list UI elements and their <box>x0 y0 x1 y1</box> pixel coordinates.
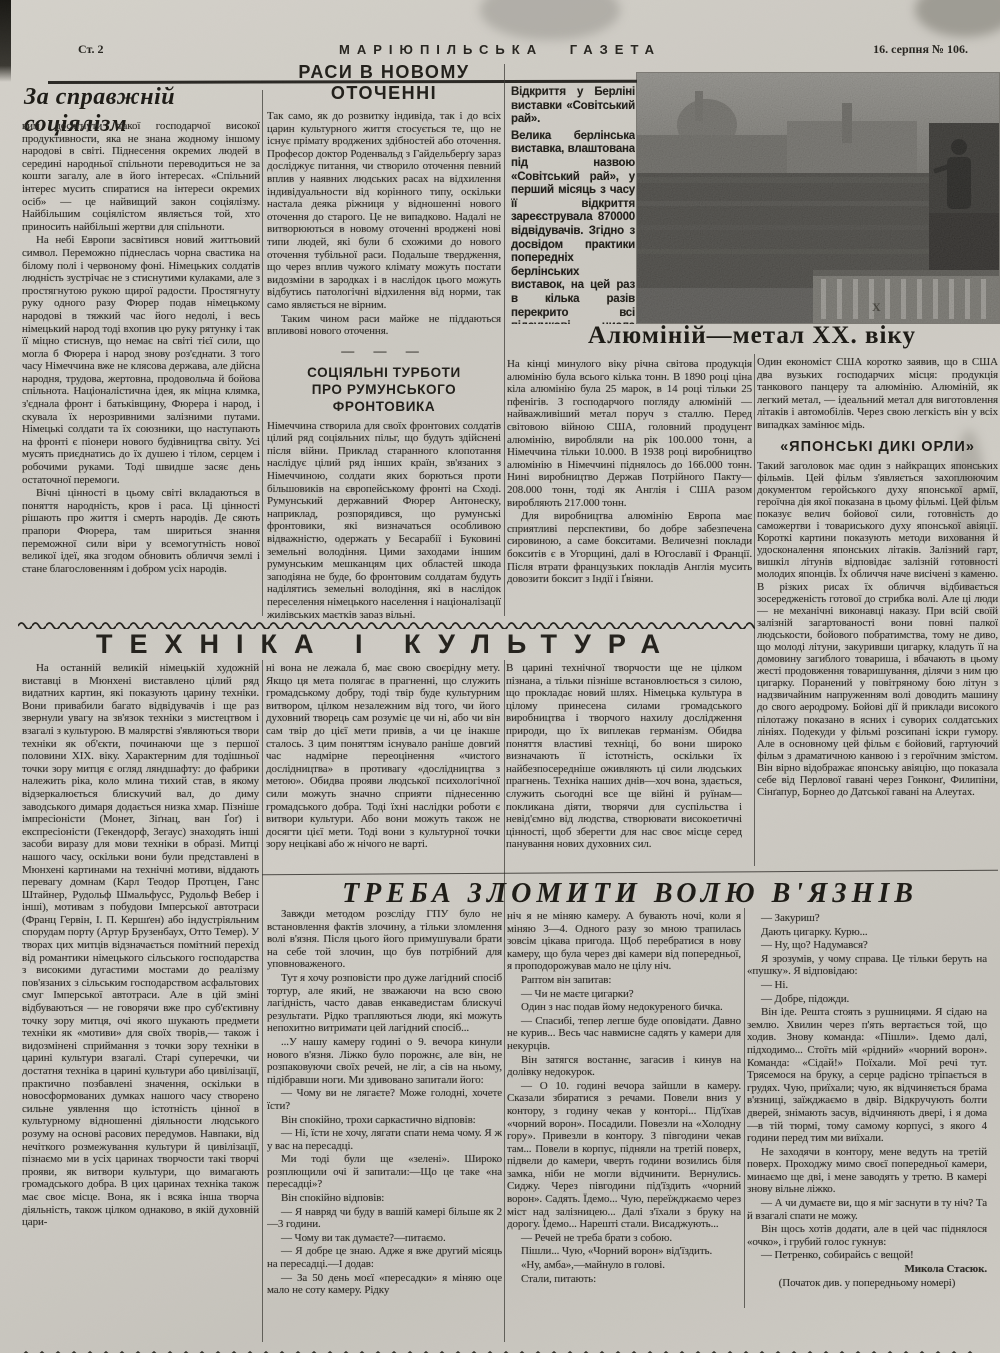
paragraph: Не заходячи в контору, мене ведуть на тр… <box>747 1146 987 1196</box>
masthead-title: МАРІЮПІЛЬСЬКА ГАЗЕТА <box>0 42 1000 57</box>
paragraph: Він спокійно, трохи саркастично відповів… <box>267 1114 502 1127</box>
paragraph: На кінці минулого віку річна світова про… <box>507 358 752 509</box>
social-care-title-line1: СОЦІЯЛЬНІ ТУРБОТИ <box>307 365 461 380</box>
aluminium-col1: На кінці минулого віку річна світова про… <box>507 358 752 616</box>
article-body-social-care: Німеччина створила для своїх фронтових с… <box>267 420 501 618</box>
article-footnote: (Початок див. у попередньому номері) <box>747 1277 987 1290</box>
wavy-divider <box>18 616 755 626</box>
social-care-title-line2: ПРО РУМУНСЬКОГО ФРОНТОВИКА <box>312 382 457 414</box>
column-rule <box>754 354 755 866</box>
aluminium-col2: Один економіст США коротко заявив, що в … <box>757 356 998 433</box>
article-races: РАСИ В НОВОМУ ОТОЧЕННІ Так само, як до р… <box>267 62 501 618</box>
article-title-social-care: СОЦІЯЛЬНІ ТУРБОТИ ПРО РУМУНСЬКОГО ФРОНТО… <box>267 364 501 415</box>
paragraph: — Чому ви так думаєте?—питаємо. <box>267 1232 502 1245</box>
paragraph: ніч я не міняю камеру. А бувають ночі, к… <box>507 910 741 973</box>
paragraph: — Петренко, собирайсь с вещой! <box>747 1249 987 1262</box>
paragraph: Такий заголовок має один з найкращих япо… <box>757 460 998 799</box>
paragraph: На останній великій німецькій художній в… <box>22 662 259 1229</box>
paragraph: Один економіст США коротко заявив, що в … <box>757 356 998 432</box>
aluminium-col2-and-eagles: Один економіст США коротко заявив, що в … <box>757 356 998 870</box>
paragraph: ...У нашу камеру годині о 9. вечора кину… <box>267 1036 502 1086</box>
paragraph: Він спокійно відповів: <box>267 1192 502 1205</box>
paragraph: Один з нас подав йому недокуреного бичка… <box>507 1001 741 1014</box>
paragraph: — Добре, підожди. <box>747 993 987 1006</box>
paragraph: Раптом він запитав: <box>507 974 741 987</box>
date-issue-label: 16. серпня № 106. <box>873 42 968 57</box>
scan-smudge-top-center <box>480 0 620 40</box>
paragraph: Німеччина створила для своїх фронтових с… <box>267 420 501 618</box>
paragraph: Таким чином раси майже не піддаються впл… <box>267 313 501 338</box>
paragraph: — Спасибі, тепер легше буде оповідати. Д… <box>507 1015 741 1053</box>
paragraph: — Я добре це знаю. Адже я вже другий міс… <box>267 1245 502 1270</box>
newspaper-page: Ст. 2 МАРІЮПІЛЬСЬКА ГАЗЕТА 16. серпня № … <box>0 0 1000 1353</box>
article-signature: Микола Стасюк. <box>747 1263 987 1276</box>
handwritten-x-mark: X <box>872 300 881 315</box>
column-rule <box>504 660 505 1342</box>
paragraph: Ми тоді були ще «зелені». Широко розплющ… <box>267 1153 502 1191</box>
paragraph: Вічні цінності в цьому світі вкладаються… <box>22 487 260 575</box>
paragraph: — О 10. годині вечора зайшли в камеру. С… <box>507 1080 741 1231</box>
prisoners-col1: Завжди методом розсліду ГПУ було не вста… <box>267 908 502 1350</box>
paragraph: вим досягнути такої господарчої високої … <box>22 120 260 233</box>
tech-culture-col2: ні вона не лежала б, має свою своєрідну … <box>266 662 500 874</box>
paragraph: Стали, питають: <box>507 1273 741 1286</box>
paragraph: Так само, як до розвитку індивіда, так і… <box>267 110 501 312</box>
column-rule <box>262 660 263 1342</box>
paragraph: — Ну, що? Надумався? <box>747 939 987 952</box>
column-rule <box>262 90 263 616</box>
paragraph: Він затягся востаннє, загасив і кинув на… <box>507 1054 741 1079</box>
column-rule <box>744 908 745 1308</box>
scan-smudge-top-right <box>915 0 1000 37</box>
prisoners-col2: ніч я не міняю камеру. А бувають ночі, к… <box>507 910 741 1352</box>
article-title-eagles: «ЯПОНСЬКІ ДИКІ ОРЛИ» <box>757 439 998 455</box>
photo-caption: Відкриття у Берліні виставки «Совітський… <box>511 86 635 324</box>
photo-caption-lead: Відкриття у Берліні виставки «Совітський… <box>511 86 635 127</box>
photo-illustration <box>637 73 999 323</box>
paragraph: — Чому ви не лягаєте? Може голодні, хоче… <box>267 1087 502 1112</box>
paragraph: Для виробництва алюмінію Европа має спри… <box>507 510 752 586</box>
paragraph: ні вона не лежала б, має свою своєрідну … <box>266 662 500 851</box>
paragraph: Тут я хочу розповісти про дуже лагідний … <box>267 972 502 1035</box>
tech-culture-col1: На останній великій німецькій художній в… <box>22 662 259 1310</box>
paragraph: «Ну, амба»,—майнуло в голові. <box>507 1259 741 1272</box>
article-title-aluminium: Алюміній—метал XX. віку <box>505 322 999 350</box>
paragraph: — Ні, їсти не хочу, лягати спати нема чо… <box>267 1127 502 1152</box>
photo-soviet-paradise-exhibition <box>637 73 999 323</box>
paragraph: — Речей не треба брати з собою. <box>507 1232 741 1245</box>
tech-culture-col3: В царині технічної творчости ще не цілко… <box>506 662 742 864</box>
scan-edge-bottom <box>18 1345 982 1353</box>
paragraph: В царині технічної творчости ще не цілко… <box>506 662 742 851</box>
paragraph: Він іде. Решта стоять з рушницями. Я сід… <box>747 1006 987 1145</box>
prisoners-col3: — Закуриш? Дають цигарку. Курю... — Ну, … <box>747 912 987 1352</box>
paragraph: Завжди методом розсліду ГПУ було не вста… <box>267 908 502 971</box>
paragraph: Він щось хотів додати, але в цей час під… <box>747 1223 987 1248</box>
photo-caption-body: Велика берлінська виставка, влаштована п… <box>511 130 635 324</box>
article-title-prisoners: ТРЕБА ЗЛОМИТИ ВОЛЮ В'ЯЗНІВ <box>262 878 998 910</box>
article-body-races: Так само, як до розвитку індивіда, так і… <box>267 110 501 339</box>
paragraph: — Закуриш? <box>747 912 987 925</box>
paragraph: На небі Европи засвітився новий життьови… <box>22 234 260 486</box>
dash-separator: — — — <box>267 343 501 359</box>
paragraph: — Я навряд чи буду в вашій камері більше… <box>267 1206 502 1231</box>
article-title-races: РАСИ В НОВОМУ ОТОЧЕННІ <box>267 62 501 104</box>
paragraph: — А чи думаєте ви, що я міг заснути в ту… <box>747 1197 987 1222</box>
paragraph: — Чи не маєте цигарки? <box>507 988 741 1001</box>
article-body-eagles: Такий заголовок має один з найкращих япо… <box>757 460 998 800</box>
paragraph: Дають цигарку. Курю... <box>747 926 987 939</box>
paragraph: Я зрозумів, у чому справа. Це тільки бер… <box>747 953 987 978</box>
paragraph: — За 50 день моєї «пересадки» я міняю оц… <box>267 1272 502 1297</box>
article-body-socialism: вим досягнути такої господарчої високої … <box>22 120 260 616</box>
scan-edge-left <box>0 0 11 82</box>
section-title-tech-culture: ТЕХНІКА І КУЛЬТУРА <box>18 629 755 660</box>
paragraph: — Ні. <box>747 979 987 992</box>
paragraph: Пішли... Чую, «Чорний ворон» від'їздить. <box>507 1245 741 1258</box>
